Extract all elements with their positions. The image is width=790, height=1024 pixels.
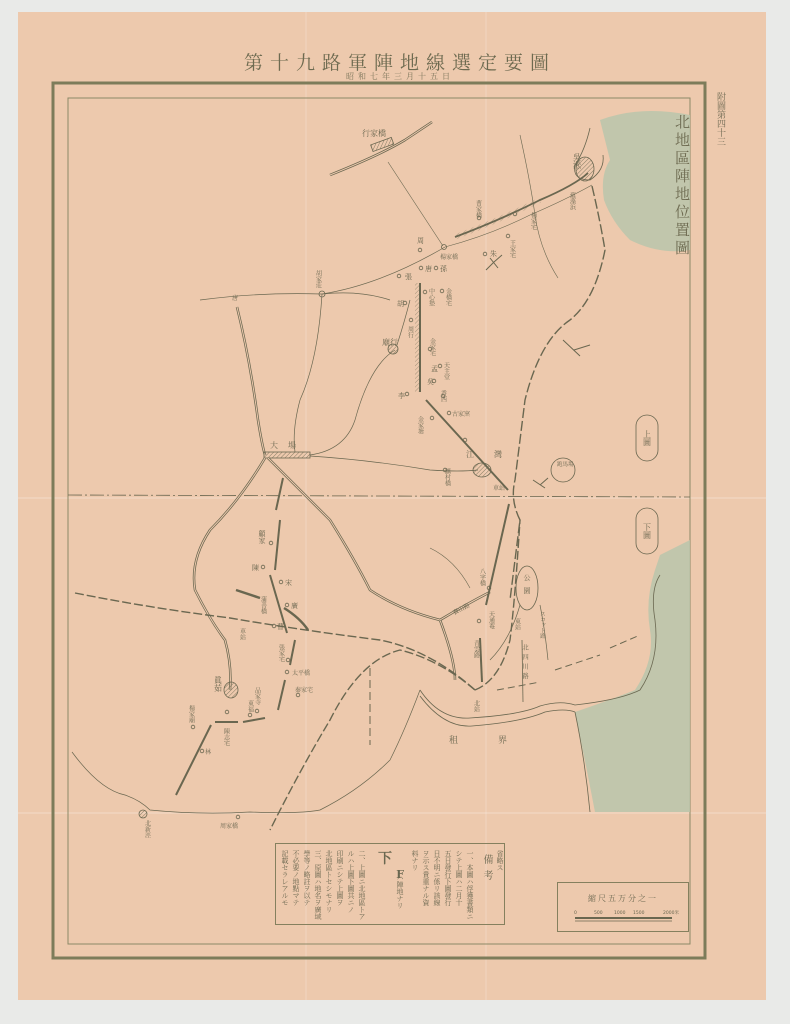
svg-text:張: 張 (405, 272, 412, 281)
svg-text:車站: 車站 (493, 484, 505, 492)
svg-text:天通菴: 天通菴 (488, 611, 495, 629)
svg-text:八字橋: 八字橋 (479, 568, 486, 587)
svg-text:廟行: 廟行 (382, 337, 398, 347)
svg-text:天主堂: 天主堂 (443, 362, 450, 380)
svg-text:唐: 唐 (425, 264, 432, 273)
svg-text:東福: 東福 (247, 699, 254, 713)
svg-text:眞茹: 眞茹 (213, 675, 223, 693)
svg-text:吳淞: 吳淞 (572, 153, 582, 170)
inner-frame (68, 98, 690, 944)
huangpu-river-south (575, 540, 690, 812)
svg-text:吳: 吳 (427, 377, 434, 386)
notes-box: 備考 一、本圖ハ俘獲書類ニ シテ上圖ハ二月十 五日發行下圖發行 日不明ニ係リ該線… (275, 843, 505, 925)
svg-text:周家橋: 周家橋 (220, 822, 238, 830)
svg-text:跑馬場: 跑馬場 (557, 460, 574, 468)
svg-text:品家寺: 品家寺 (254, 686, 261, 706)
outer-frame (53, 83, 705, 958)
svg-text:楊家宅: 楊家宅 (530, 211, 537, 230)
svg-text:林: 林 (205, 748, 211, 756)
svg-text:北站: 北站 (473, 699, 480, 713)
svg-text:孫: 孫 (440, 264, 448, 273)
svg-text:胡: 胡 (397, 299, 404, 308)
svg-text:江灣: 江灣 (466, 449, 522, 459)
svg-text:下圖: 下圖 (643, 523, 652, 540)
svg-text:寶山路: 寶山路 (451, 601, 471, 617)
svg-text:上圖: 上圖 (643, 429, 652, 447)
svg-text:中心墊: 中心墊 (428, 287, 435, 306)
svg-text:秦家宅: 秦家宅 (295, 686, 313, 694)
scale-box: 縮尺五万分之一 (557, 882, 689, 932)
svg-text:古家窯: 古家窯 (452, 410, 470, 418)
svg-text:胡家莊: 胡家莊 (315, 269, 322, 289)
svg-text:北新涇: 北新涇 (144, 819, 151, 839)
svg-text:張家宅: 張家宅 (278, 643, 285, 662)
dachang-airfield (264, 452, 310, 458)
svg-text:蘊藻浜: 蘊藻浜 (569, 191, 576, 211)
svg-text:周行: 周行 (407, 325, 414, 339)
svg-text:陳志宅: 陳志宅 (223, 727, 230, 746)
svg-text:北四川路: 北四川路 (521, 643, 529, 682)
svg-text:金家宅: 金家宅 (429, 337, 436, 356)
svg-text:太平橋: 太平橋 (292, 669, 310, 677)
area-title: 北地區陣地位置圖 (670, 114, 692, 258)
svg-text:朱: 朱 (490, 249, 497, 258)
svg-text:車站: 車站 (239, 627, 246, 641)
svg-text:李: 李 (398, 391, 405, 400)
svg-text:孟: 孟 (431, 364, 438, 373)
svg-text:唐: 唐 (232, 294, 238, 302)
note-line: 省略ス (280, 850, 504, 920)
svg-text:金橋宅: 金橋宅 (445, 287, 452, 306)
svg-text:青雲路: 青雲路 (473, 639, 480, 659)
scale-label: 縮尺五万分之一 (558, 893, 688, 904)
svg-text:香西: 香西 (440, 389, 447, 402)
svg-text:楊家廟: 楊家廟 (188, 704, 195, 724)
svg-text:行家橋: 行家橋 (362, 128, 386, 138)
svg-text:大場: 大場 (270, 440, 306, 450)
svg-text:王家宅: 王家宅 (509, 240, 516, 258)
svg-text:金家塘: 金家塘 (417, 415, 424, 435)
svg-text:蒲善橋: 蒲善橋 (260, 595, 267, 615)
svg-text:周: 周 (417, 237, 424, 245)
svg-text:曹: 曹 (277, 622, 284, 631)
svg-text:陳: 陳 (252, 563, 259, 572)
svg-text:顧家: 顧家 (258, 529, 267, 545)
svg-text:鎮村橋: 鎮村橋 (444, 467, 451, 487)
svg-text:楊家橋: 楊家橋 (440, 253, 458, 261)
svg-text:租界: 租界 (449, 734, 547, 746)
svg-text:東站: 東站 (514, 617, 521, 631)
svg-text:スコット路: スコット路 (539, 611, 546, 640)
svg-text:廣: 廣 (291, 601, 299, 610)
svg-text:公園: 公園 (523, 574, 531, 600)
svg-text:宋: 宋 (285, 578, 292, 587)
svg-text:曹家橋: 曹家橋 (475, 199, 482, 219)
